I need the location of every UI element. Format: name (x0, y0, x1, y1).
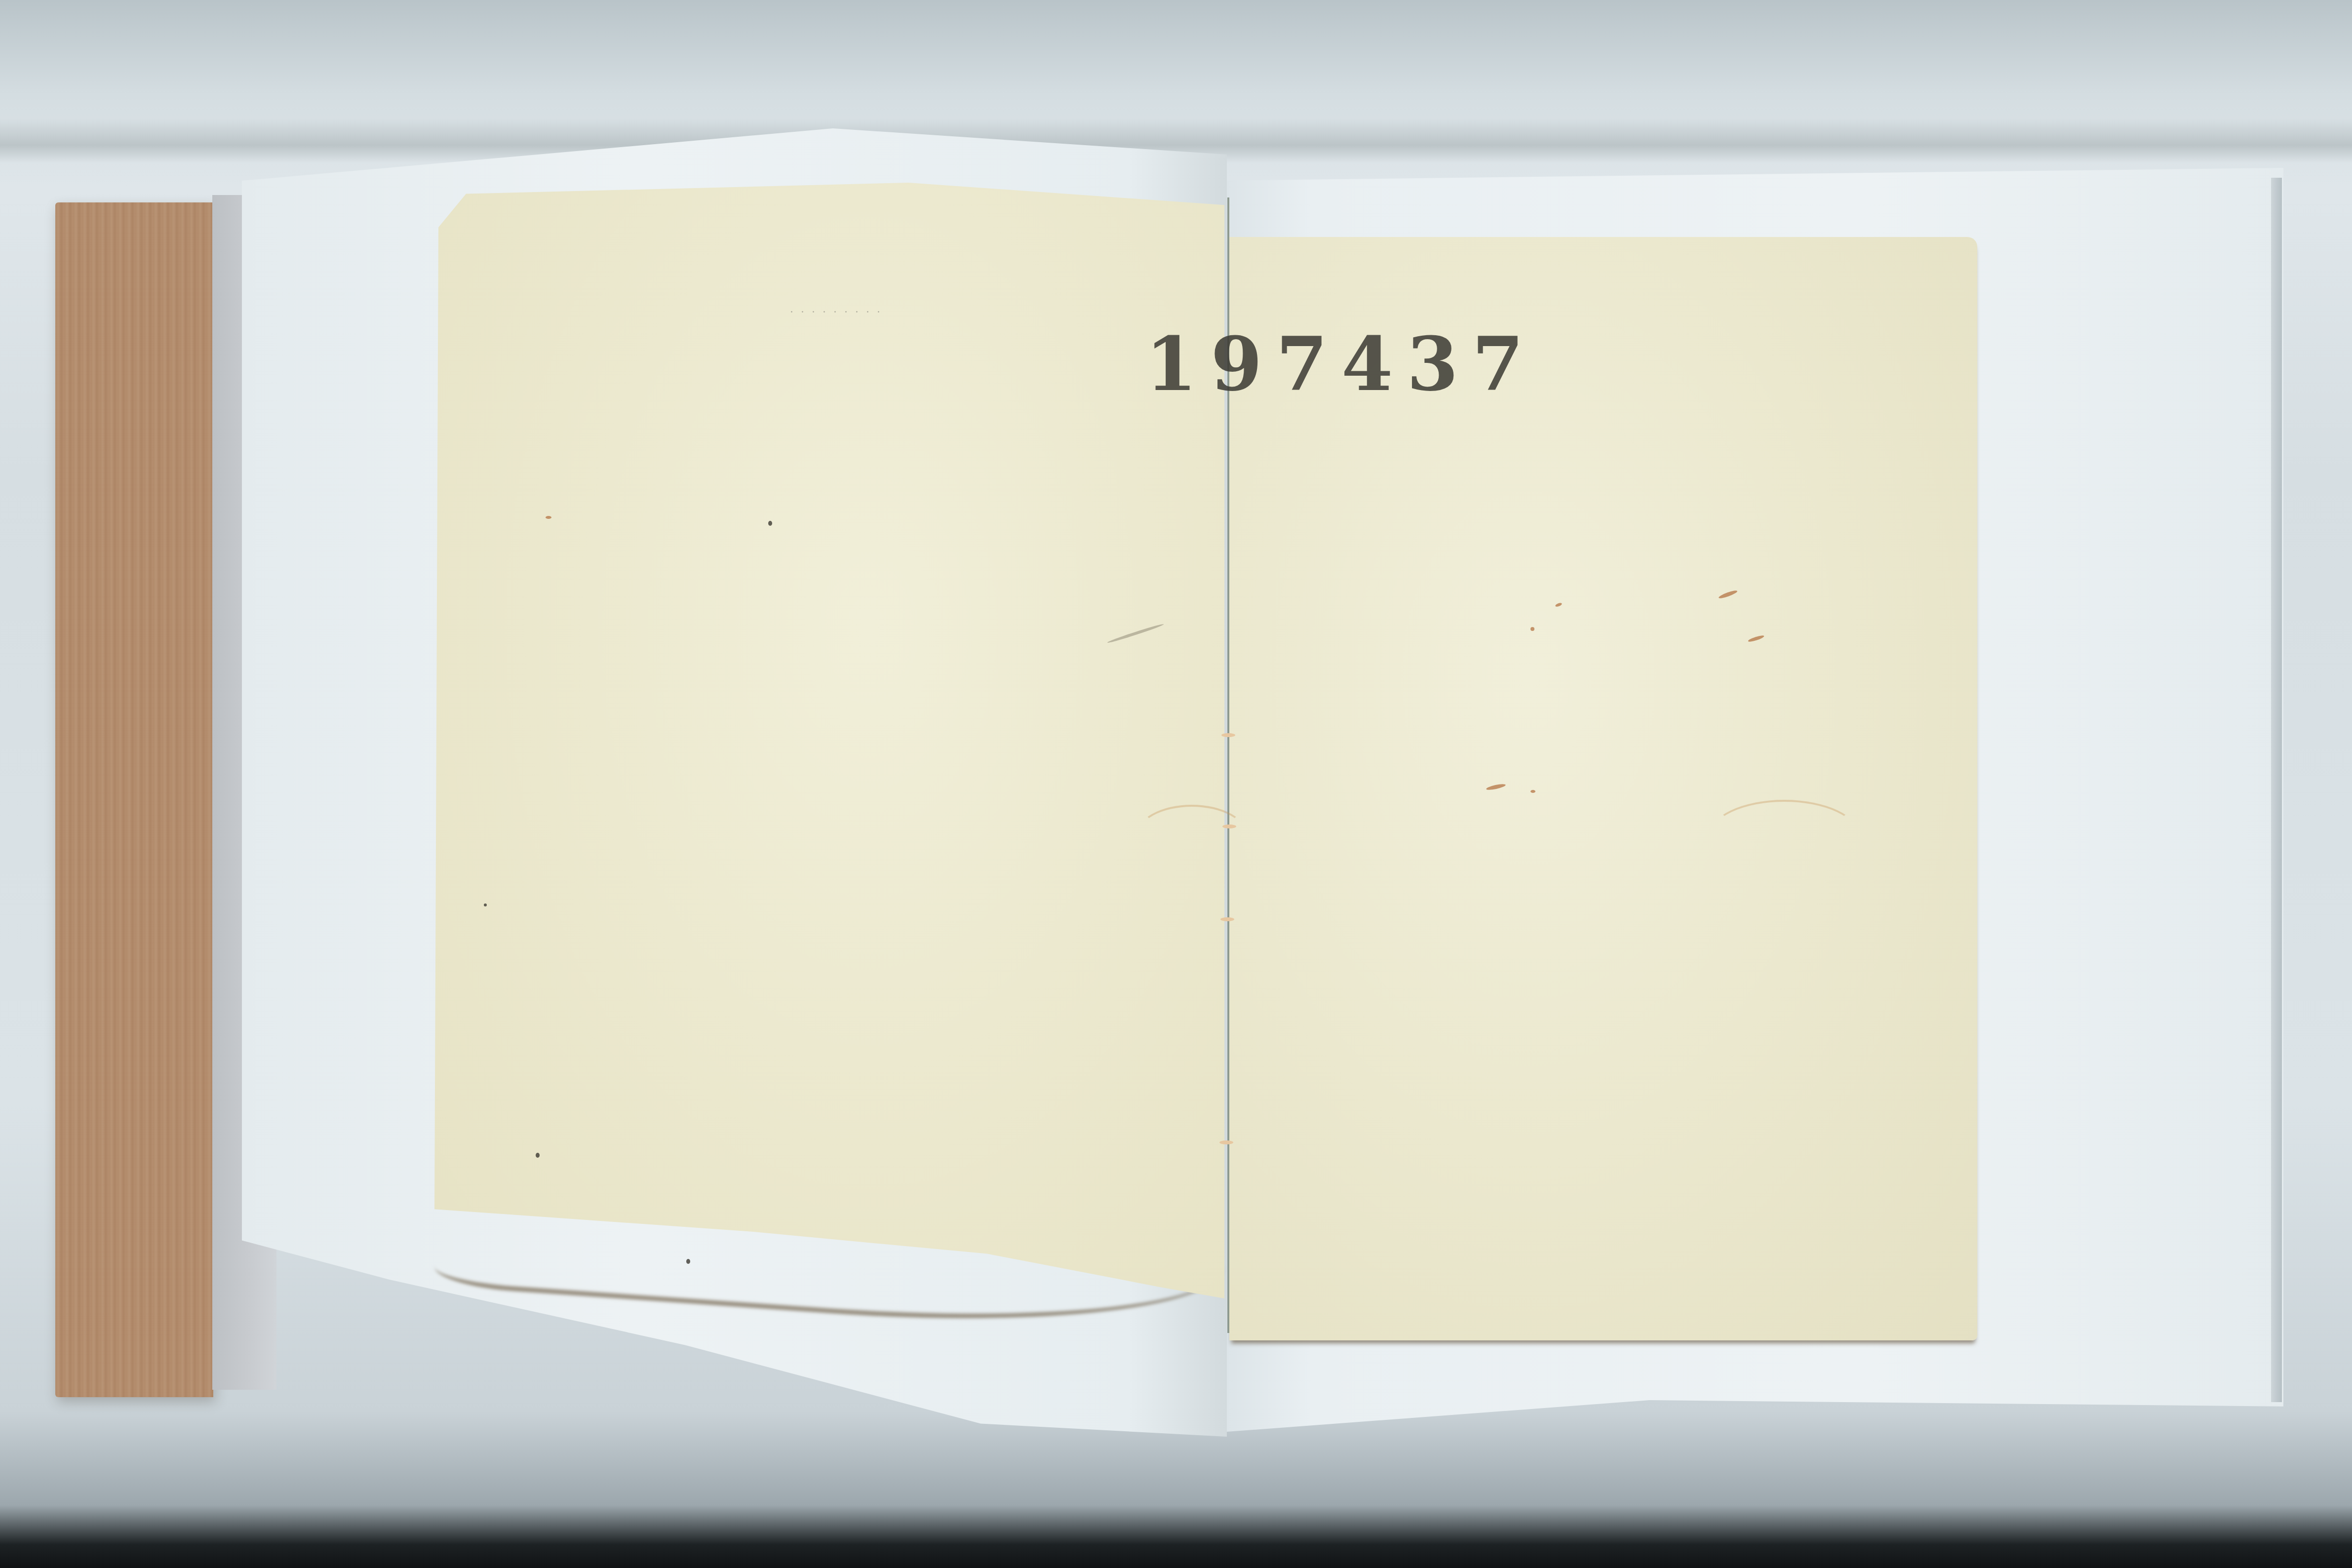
binding-stitch (1219, 1140, 1233, 1144)
ink-speck (686, 1259, 690, 1264)
aged-document-left-half (434, 183, 1224, 1298)
kraft-paper-book-cover (55, 202, 213, 1397)
ink-speck (768, 521, 772, 526)
foxing-stain (546, 516, 551, 519)
binding-stitch (1221, 733, 1235, 737)
page-stack-edge (2271, 178, 2282, 1402)
faint-print-bleed: · · · · · · · · · (790, 306, 882, 318)
binding-stitch (1220, 917, 1234, 921)
ink-speck (484, 903, 487, 906)
foxing-stain (1530, 790, 1535, 793)
ink-speck (536, 1153, 540, 1158)
water-stain (1136, 805, 1248, 868)
stamped-serial-number: 197437 (1145, 321, 1537, 408)
foxing-stain (1530, 627, 1534, 631)
water-stain (1708, 800, 1860, 873)
